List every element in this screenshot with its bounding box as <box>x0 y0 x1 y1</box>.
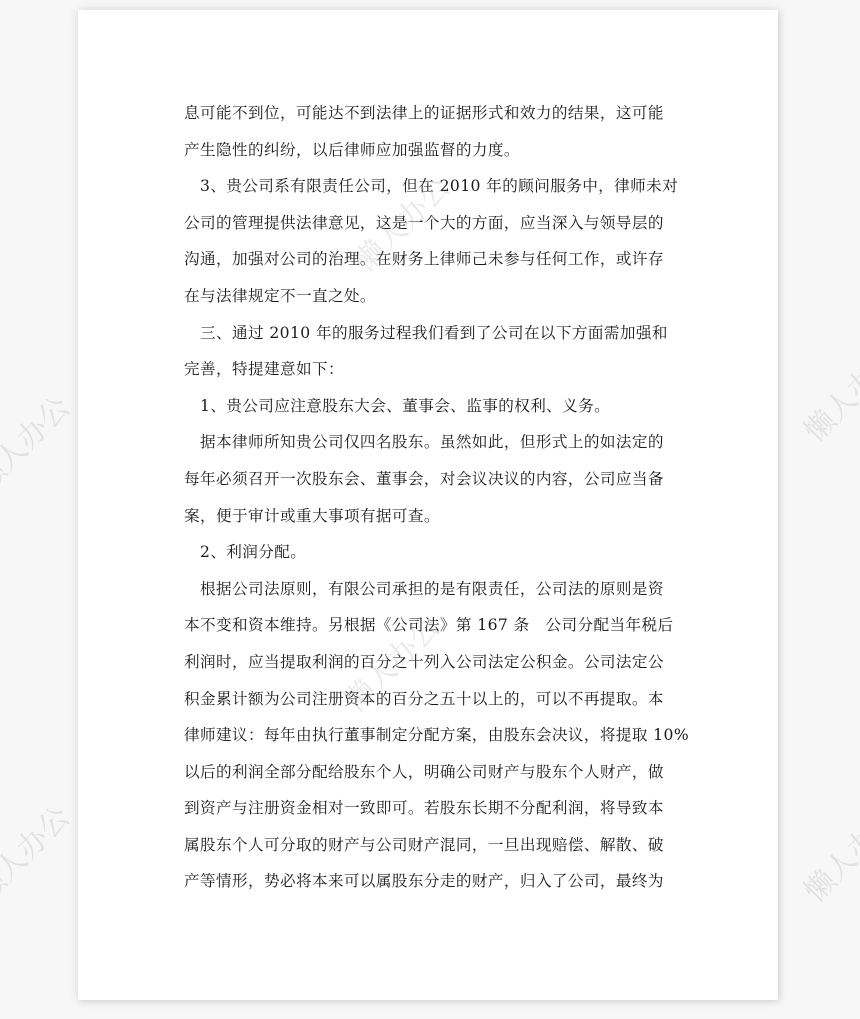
watermark: 懒人办公 <box>792 334 860 450</box>
text-line: 息可能不到位，可能达不到法律上的证据形式和效力的结果，这可能 <box>184 95 672 132</box>
text-line: 产等情形，势必将本来可以属股东分走的财产，归入了公司，最终为 <box>184 863 672 900</box>
text-line: 到资产与注册资金相对一致即可。若股东长期不分配利润，将导致本 <box>184 790 672 827</box>
text-line: 公司的管理提供法律意见，这是一个大的方面，应当深入与领导层的 <box>184 205 672 242</box>
watermark: 懒人办公 <box>0 384 78 500</box>
text-line: 沟通，加强对公司的治理。在财务上律师己未参与任何工作，或许存 <box>184 241 672 278</box>
watermark: 懒人办公 <box>792 794 860 910</box>
text-line: 完善，特提建意如下： <box>184 351 672 388</box>
text-line: 2、利润分配。 <box>184 534 672 571</box>
text-line: 每年必须召开一次股东会、董事会，对会议决议的内容，公司应当备 <box>184 461 672 498</box>
document-page: 息可能不到位，可能达不到法律上的证据形式和效力的结果，这可能产生隐性的纠纷，以后… <box>78 10 778 1000</box>
text-line: 本不变和资本维持。另根据《公司法》第 167 条 公司分配当年税后 <box>184 607 672 644</box>
document-body: 息可能不到位，可能达不到法律上的证据形式和效力的结果，这可能产生隐性的纠纷，以后… <box>184 95 672 900</box>
text-line: 三、通过 2010 年的服务过程我们看到了公司在以下方面需加强和 <box>184 315 672 352</box>
text-line: 利润时，应当提取利润的百分之十列入公司法定公积金。公司法定公 <box>184 644 672 681</box>
text-line: 据本律师所知贵公司仅四名股东。虽然如此，但形式上的如法定的 <box>184 424 672 461</box>
text-line: 在与法律规定不一直之处。 <box>184 278 672 315</box>
text-line: 属股东个人可分取的财产与公司财产混同，一旦出现赔偿、解散、破 <box>184 827 672 864</box>
text-line: 根据公司法原则，有限公司承担的是有限责任，公司法的原则是资 <box>184 571 672 608</box>
watermark: 懒人办公 <box>0 794 78 910</box>
text-line: 产生隐性的纠纷，以后律师应加强监督的力度。 <box>184 132 672 169</box>
text-line: 案，便于审计或重大事项有据可查。 <box>184 498 672 535</box>
text-line: 以后的利润全部分配给股东个人，明确公司财产与股东个人财产，做 <box>184 754 672 791</box>
text-line: 3、贵公司系有限责任公司，但在 2010 年的顾问服务中，律师未对 <box>184 168 672 205</box>
text-line: 律师建议：每年由执行董事制定分配方案，由股东会决议，将提取 10% <box>184 717 672 754</box>
text-line: 1、贵公司应注意股东大会、董事会、监事的权利、义务。 <box>184 388 672 425</box>
text-line: 积金累计额为公司注册资本的百分之五十以上的，可以不再提取。本 <box>184 681 672 718</box>
